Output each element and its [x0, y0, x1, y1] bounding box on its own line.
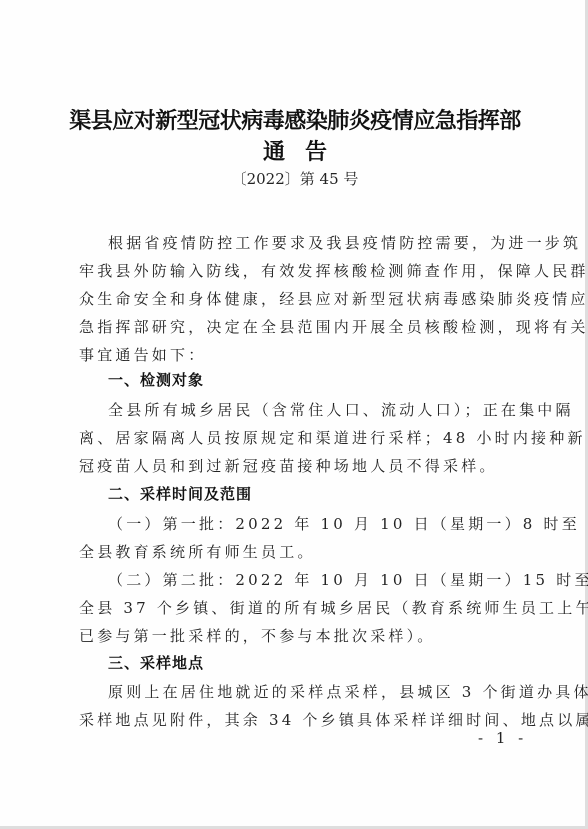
paragraph-line: 离、居家隔离人员按原规定和渠道进行采样；48 小时内接种新	[79, 427, 511, 448]
paragraph-line: 根据省疫情防控工作要求及我县疫情防控需要，为进一步筑	[108, 232, 511, 253]
document-subtitle: 通告	[60, 135, 530, 166]
paragraph-line: 原则上在居住地就近的采样点采样，县城区 3 个街道办具体	[108, 681, 511, 702]
document-page: 渠县应对新型冠状病毒感染肺炎疫情应急指挥部 通告 〔2022〕第 45 号 根据…	[0, 0, 585, 826]
page-number: - 1 -	[478, 729, 527, 747]
document-number: 〔2022〕第 45 号	[60, 168, 530, 189]
paragraph-line: 已参与第一批采样的，不参与本批次采样）。	[79, 625, 511, 646]
section-heading: 三、采样地点	[108, 652, 204, 673]
document-title: 渠县应对新型冠状病毒感染肺炎疫情应急指挥部	[60, 104, 530, 135]
section-heading: 二、采样时间及范围	[108, 483, 252, 504]
paragraph-line: 全县 37 个乡镇、街道的所有城乡居民（教育系统师生员工上午	[79, 597, 511, 618]
paragraph-line: （二）第二批：2022 年 10 月 10 日（星期一）15 时至 19 时；	[108, 569, 511, 590]
paragraph-line: 事宜通告如下：	[79, 344, 511, 365]
paragraph-line: 采样地点见附件，其余 34 个乡镇具体采样详细时间、地点以属	[79, 709, 511, 730]
paragraph-line: 全县所有城乡居民（含常住人口、流动人口）；正在集中隔	[108, 399, 511, 420]
paragraph-line: 急指挥部研究，决定在全县范围内开展全员核酸检测，现将有关	[79, 316, 511, 337]
paragraph-line: 牢我县外防输入防线，有效发挥核酸检测筛查作用，保障人民群	[79, 260, 511, 281]
paragraph-line: 冠疫苗人员和到过新冠疫苗接种场地人员不得采样。	[79, 455, 511, 476]
paragraph-line: 众生命安全和身体健康，经县应对新型冠状病毒感染肺炎疫情应	[79, 288, 511, 309]
paragraph-line: （一）第一批：2022 年 10 月 10 日（星期一）8 时至 12 时；	[108, 513, 511, 534]
paragraph-line: 全县教育系统所有师生员工。	[79, 541, 511, 562]
section-heading: 一、检测对象	[108, 369, 204, 390]
